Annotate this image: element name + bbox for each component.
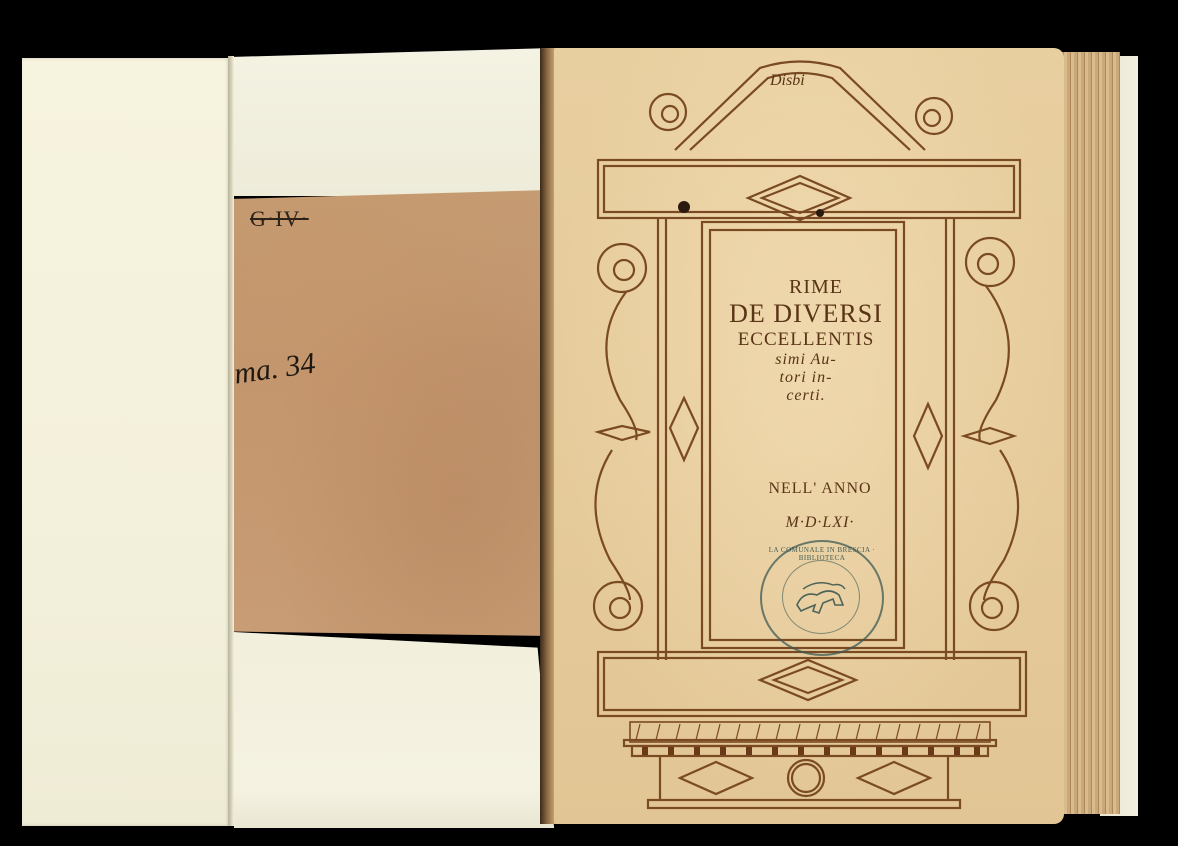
stamp-inner-ring	[782, 560, 860, 634]
ink-blot	[678, 201, 690, 213]
title-line-6: certi.	[706, 387, 906, 405]
pediment-motto: Disbi	[770, 72, 805, 90]
lion-emblem-icon	[783, 561, 859, 633]
architectural-frame-drawing	[0, 0, 1178, 846]
title-line-5: tori in-	[706, 369, 906, 387]
title-text-block: RIME DE DIVERSI ECCELLENTIS simi Au- tor…	[706, 276, 906, 405]
title-line-4: simi Au-	[706, 351, 906, 369]
title-line-2: DE DIVERSI	[706, 299, 906, 329]
date-label: NELL' ANNO	[740, 480, 900, 498]
library-stamp: LA COMUNALE IN BRESCIA · BIBLIOTECA	[760, 540, 884, 656]
title-line-1: RIME	[726, 276, 906, 299]
date-value: M·D·LXI·	[740, 514, 900, 532]
title-line-3: ECCELLENTIS	[706, 329, 906, 351]
